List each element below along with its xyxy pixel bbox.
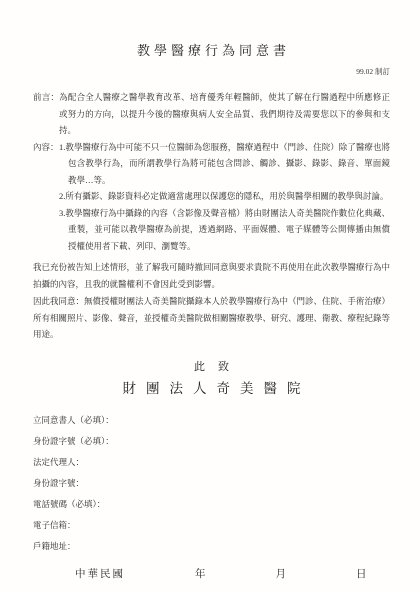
signature-form-section: 立同意書人（必填）： 身份證字號（必填）： 法定代理人： 身份證字號： 電話號碼… xyxy=(33,414,390,561)
list-item-3-text: 教學醫療行為中攝錄的內容（含影像及聲音檔）將由財團法人奇美醫院作數位化典藏、重製… xyxy=(65,208,390,251)
document-title: 教學醫療行為同意書 xyxy=(33,40,390,59)
form-field-id-number-required-label: 身份證字號（必填）： xyxy=(33,436,114,446)
consent-statement-paragraph: 因此我同意：無償授權財團法人奇美醫院攝錄本人於教學醫療行為中（門診、住院、手術治… xyxy=(33,293,390,343)
form-field-signer-name: 立同意書人（必填）： xyxy=(33,414,390,435)
addressee-hospital-name: 財團法人奇美醫院 xyxy=(33,377,390,397)
list-item-1-text: 教學醫療行為中可能不只一位醫師為您服務，醫療過程中（門診、住院）除了醫療也將包含… xyxy=(65,142,390,185)
date-month-label: 月 xyxy=(276,566,287,581)
revision-note: 99.02 制訂 xyxy=(33,66,390,77)
form-field-legal-rep-id-number: 身份證字號： xyxy=(33,477,390,498)
form-field-legal-representative-label: 法定代理人： xyxy=(33,457,84,467)
list-item-1: 1.教學醫療行為中可能不只一位醫師為您服務，醫療過程中（門診、住院）除了醫療也將… xyxy=(59,139,390,189)
consent-form-page: 教學醫療行為同意書 99.02 制訂 前言：為配合全人醫療之醫學教育改革、培育優… xyxy=(0,0,420,593)
content-item-list: 1.教學醫療行為中可能不只一位醫師為您服務，醫療過程中（門診、住院）除了醫療也將… xyxy=(59,139,390,255)
content-section: 內容： 1.教學醫療行為中可能不只一位醫師為您服務，醫療過程中（門診、住院）除了… xyxy=(33,139,390,255)
preface-paragraph: 前言：為配合全人醫療之醫學教育改革、培育優秀年輕醫師，使其了解在行醫過程中所應修… xyxy=(33,89,390,139)
date-day-label: 日 xyxy=(356,566,367,581)
date-line: 中華民國 年 月 日 xyxy=(33,566,390,581)
salutation: 此致 xyxy=(33,358,390,374)
form-field-signer-name-label: 立同意書人（必填）： xyxy=(33,415,114,425)
list-item-2-text: 所有攝影、錄影資料必定做適當處理以保護您的隱私，用於與醫學相關的教學與討論。 xyxy=(65,191,388,201)
form-field-registered-address: 戶籍地址： xyxy=(33,540,390,561)
list-item-3: 3.教學醫療行為中攝錄的內容（含影像及聲音檔）將由財團法人奇美醫院作數位化典藏、… xyxy=(59,205,390,255)
preface-text: 為配合全人醫療之醫學教育改革、培育優秀年輕醫師，使其了解在行醫過程中所應修正或努… xyxy=(59,92,390,135)
content-label: 內容： xyxy=(33,139,59,255)
form-field-registered-address-label: 戶籍地址： xyxy=(33,541,76,551)
form-field-legal-representative: 法定代理人： xyxy=(33,456,390,477)
form-field-phone-number-label: 電話號碼（必填）： xyxy=(33,499,105,509)
form-field-email-label: 電子信箱： xyxy=(33,520,76,530)
form-field-phone-number: 電話號碼（必填）： xyxy=(33,498,390,519)
date-era-label: 中華民國 xyxy=(75,566,125,581)
acknowledgement-paragraph: 我已充份被告知上述情形，並了解我可隨時撤回同意與要求貴院不再使用在此次教學醫療行… xyxy=(33,259,390,292)
preface-label: 前言： xyxy=(33,92,59,102)
list-item-2: 2.所有攝影、錄影資料必定做適當處理以保護您的隱私，用於與醫學相關的教學與討論。 xyxy=(59,188,390,205)
form-field-email: 電子信箱： xyxy=(33,519,390,540)
date-year-label: 年 xyxy=(195,566,206,581)
form-field-id-number-required: 身份證字號（必填）： xyxy=(33,435,390,456)
form-field-legal-rep-id-number-label: 身份證字號： xyxy=(33,478,84,488)
